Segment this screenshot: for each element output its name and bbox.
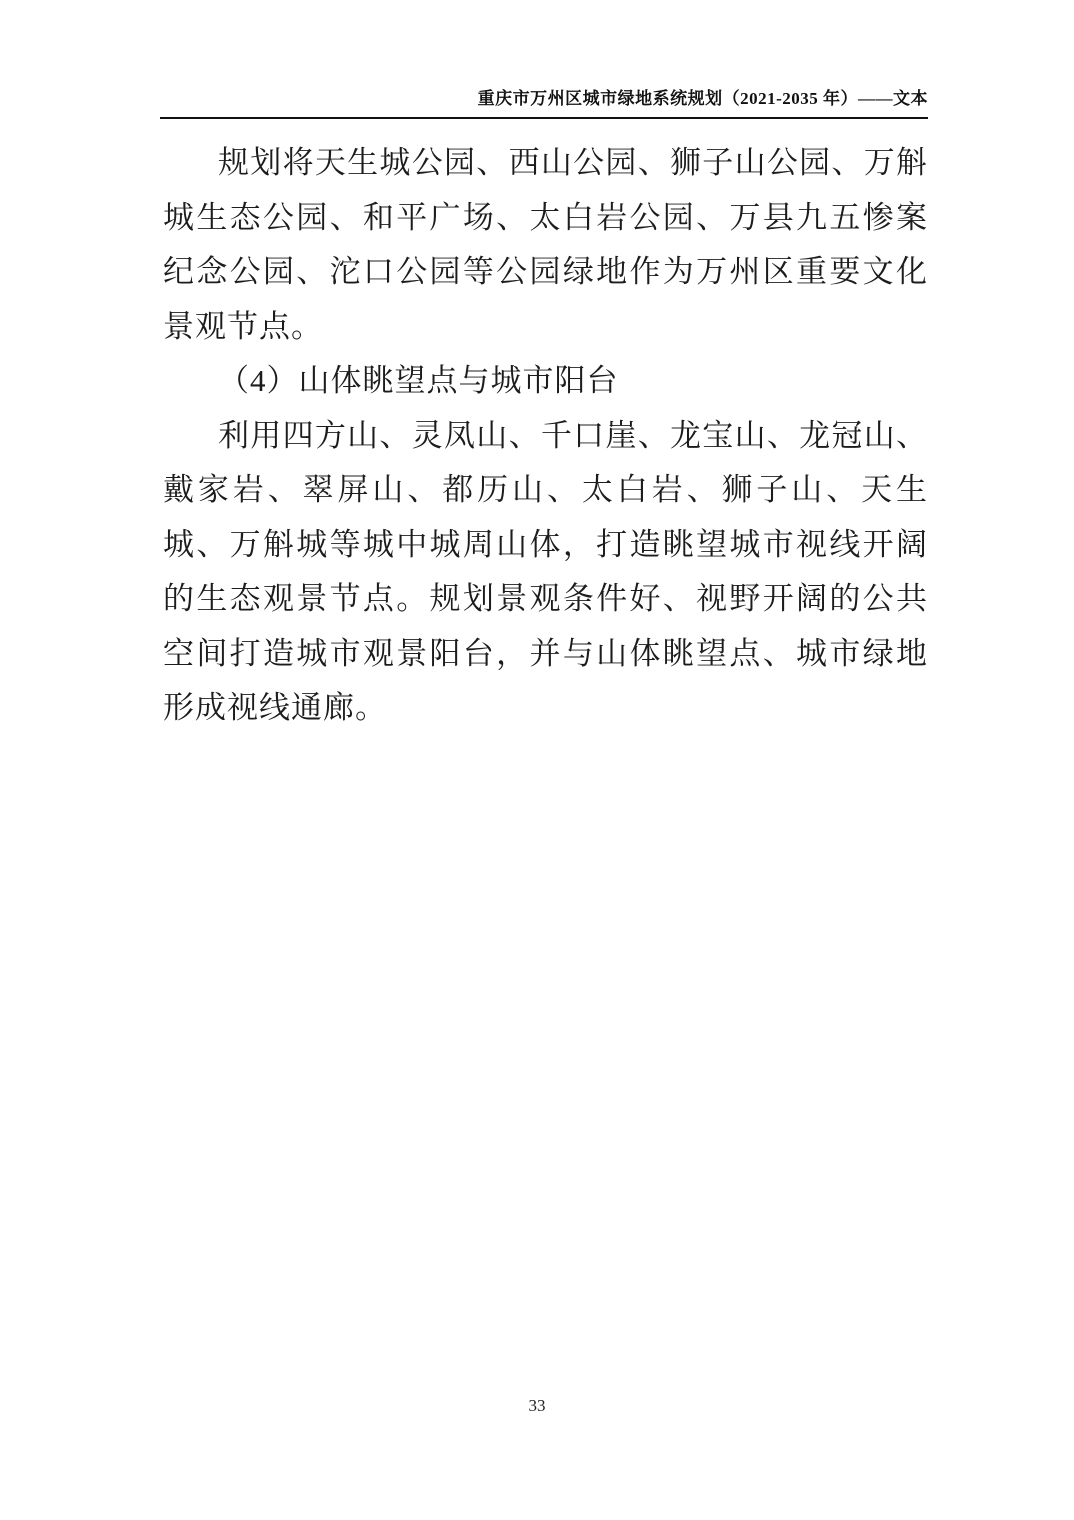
page-number: 33	[529, 1396, 546, 1415]
page-header: 重庆市万州区城市绿地系统规划（2021-2035 年）——文本	[160, 84, 928, 119]
paragraph-viewpoints: 利用四方山、灵凤山、千口崖、龙宝山、龙冠山、戴家岩、翠屏山、都历山、太白岩、狮子…	[163, 409, 928, 736]
paragraph-parks: 规划将天生城公园、西山公园、狮子山公园、万斛城生态公园、和平广场、太白岩公园、万…	[163, 136, 928, 354]
section-heading-viewpoints: （4）山体眺望点与城市阳台	[163, 354, 928, 409]
page-body: 规划将天生城公园、西山公园、狮子山公园、万斛城生态公园、和平广场、太白岩公园、万…	[163, 136, 928, 736]
header-title: 重庆市万州区城市绿地系统规划（2021-2035 年）——文本	[160, 84, 928, 109]
page-footer: 33	[0, 1396, 1074, 1416]
document-page: 重庆市万州区城市绿地系统规划（2021-2035 年）——文本 规划将天生城公园…	[0, 0, 1074, 1520]
